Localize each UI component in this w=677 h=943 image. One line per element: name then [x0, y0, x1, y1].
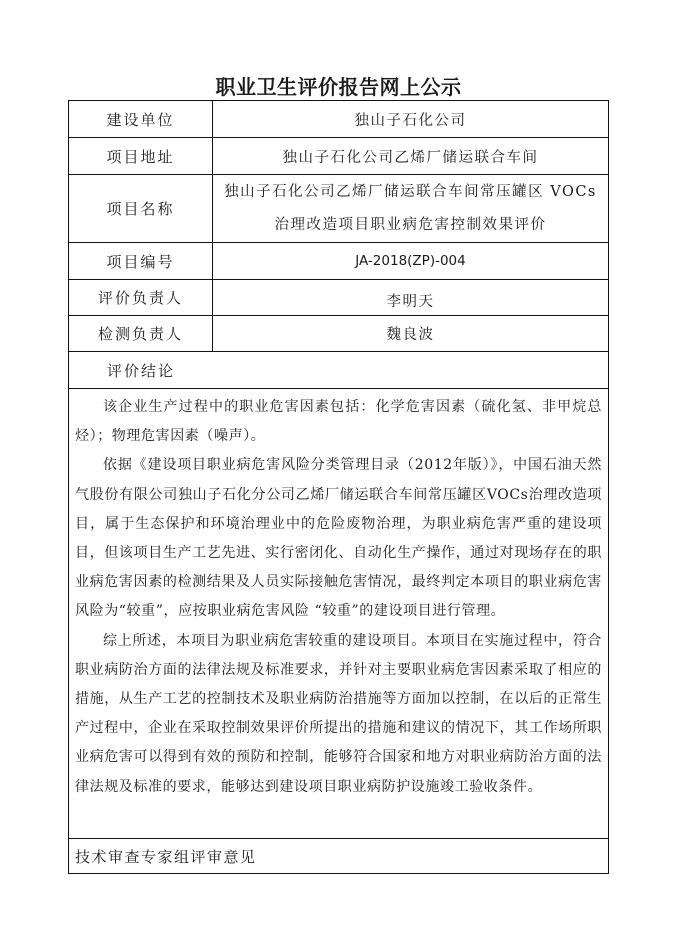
conclusion-label: 评价结论: [107, 352, 175, 388]
table-row-testing-lead: 检测负责人 魏良波: [69, 316, 608, 352]
row-label: 项目编号: [69, 243, 213, 279]
row-value-project-number: JA-2018(ZP)-004: [213, 243, 608, 279]
row-value-project-address: 独山子石化公司乙烯厂储运联合车间: [213, 138, 608, 174]
row-label: 检测负责人: [69, 316, 213, 351]
table-row-conclusion-body: 该企业生产过程中的职业危害因素包括：化学危害因素（硫化氢、非甲烷总烃）；物理危害…: [69, 389, 608, 839]
conclusion-text: 该企业生产过程中的职业危害因素包括：化学危害因素（硫化氢、非甲烷总烃）；物理危害…: [75, 393, 602, 802]
row-label: 建设单位: [69, 101, 213, 137]
conclusion-paragraph-hazards: 该企业生产过程中的职业危害因素包括：化学危害因素（硫化氢、非甲烷总烃）；物理危害…: [75, 393, 602, 451]
row-label: 评价负责人: [69, 280, 213, 315]
page-title: 职业卫生评价报告网上公示: [0, 74, 677, 100]
table-row-evaluation-lead: 评价负责人 李明天: [69, 280, 608, 316]
table-row-expert-review: 技术审查专家组评审意见: [69, 839, 608, 873]
row-value-evaluation-lead: 李明天: [213, 280, 608, 315]
row-value-testing-lead: 魏良波: [213, 316, 608, 351]
table-row-project-address: 项目地址 独山子石化公司乙烯厂储运联合车间: [69, 138, 608, 175]
conclusion-paragraph-classification: 依据《建设项目职业病危害风险分类管理目录（2012年版）》，中国石油天然气股份有…: [75, 451, 602, 626]
row-value-project-name: 独山子石化公司乙烯厂储运联合车间常压罐区 VOCs 治理改造项目职业病危害控制效…: [213, 175, 608, 242]
row-label: 项目地址: [69, 138, 213, 174]
table-row-project-number: 项目编号 JA-2018(ZP)-004: [69, 243, 608, 280]
table-row-project-name: 项目名称 独山子石化公司乙烯厂储运联合车间常压罐区 VOCs 治理改造项目职业病…: [69, 175, 608, 243]
table-row-construction-unit: 建设单位 独山子石化公司: [69, 101, 608, 138]
row-value-construction-unit: 独山子石化公司: [213, 101, 608, 137]
row-label: 项目名称: [69, 175, 213, 242]
expert-review-label: 技术审查专家组评审意见: [75, 839, 257, 873]
conclusion-paragraph-summary: 综上所述，本项目为职业病危害较重的建设项目。本项目在实施过程中，符合职业病防治方…: [75, 627, 602, 802]
table-row-conclusion-header: 评价结论: [69, 352, 608, 389]
disclosure-table: 建设单位 独山子石化公司 项目地址 独山子石化公司乙烯厂储运联合车间 项目名称 …: [68, 100, 609, 874]
